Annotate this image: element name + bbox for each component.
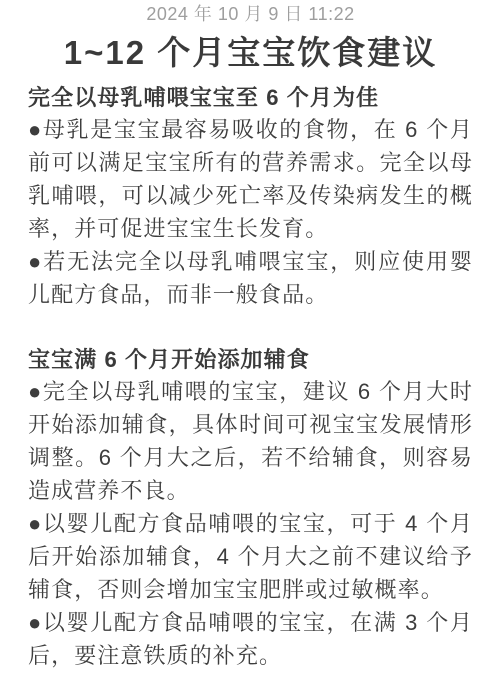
bullet-paragraph: ●以婴儿配方食品哺喂的宝宝，在满 3 个月后，要注意铁质的补充。: [28, 606, 473, 672]
article-title: 1~12 个月宝宝饮食建议: [28, 33, 473, 73]
section-heading-solid-food: 宝宝满 6 个月开始添加辅食: [28, 345, 473, 375]
bullet-paragraph: ●以婴儿配方食品哺喂的宝宝，可于 4 个月后开始添加辅食，4 个月大之前不建议给…: [28, 507, 473, 606]
bullet-paragraph: ●若无法完全以母乳哺喂宝宝，则应使用婴儿配方食品，而非一般食品。: [28, 245, 473, 311]
section-heading-breastfeeding: 完全以母乳哺喂宝宝至 6 个月为佳: [28, 83, 473, 113]
article-page: 2024 年 10 月 9 日 11:22 1~12 个月宝宝饮食建议 完全以母…: [0, 0, 500, 686]
bullet-paragraph: ●完全以母乳哺喂的宝宝，建议 6 个月大时开始添加辅食，具体时间可视宝宝发展情形…: [28, 375, 473, 507]
bullet-paragraph: ●母乳是宝宝最容易吸收的食物，在 6 个月前可以满足宝宝所有的营养需求。完全以母…: [28, 113, 473, 245]
section-solid-food: 宝宝满 6 个月开始添加辅食 ●完全以母乳哺喂的宝宝，建议 6 个月大时开始添加…: [28, 345, 473, 672]
post-timestamp: 2024 年 10 月 9 日 11:22: [28, 4, 473, 25]
section-breastfeeding: 完全以母乳哺喂宝宝至 6 个月为佳 ●母乳是宝宝最容易吸收的食物，在 6 个月前…: [28, 83, 473, 311]
